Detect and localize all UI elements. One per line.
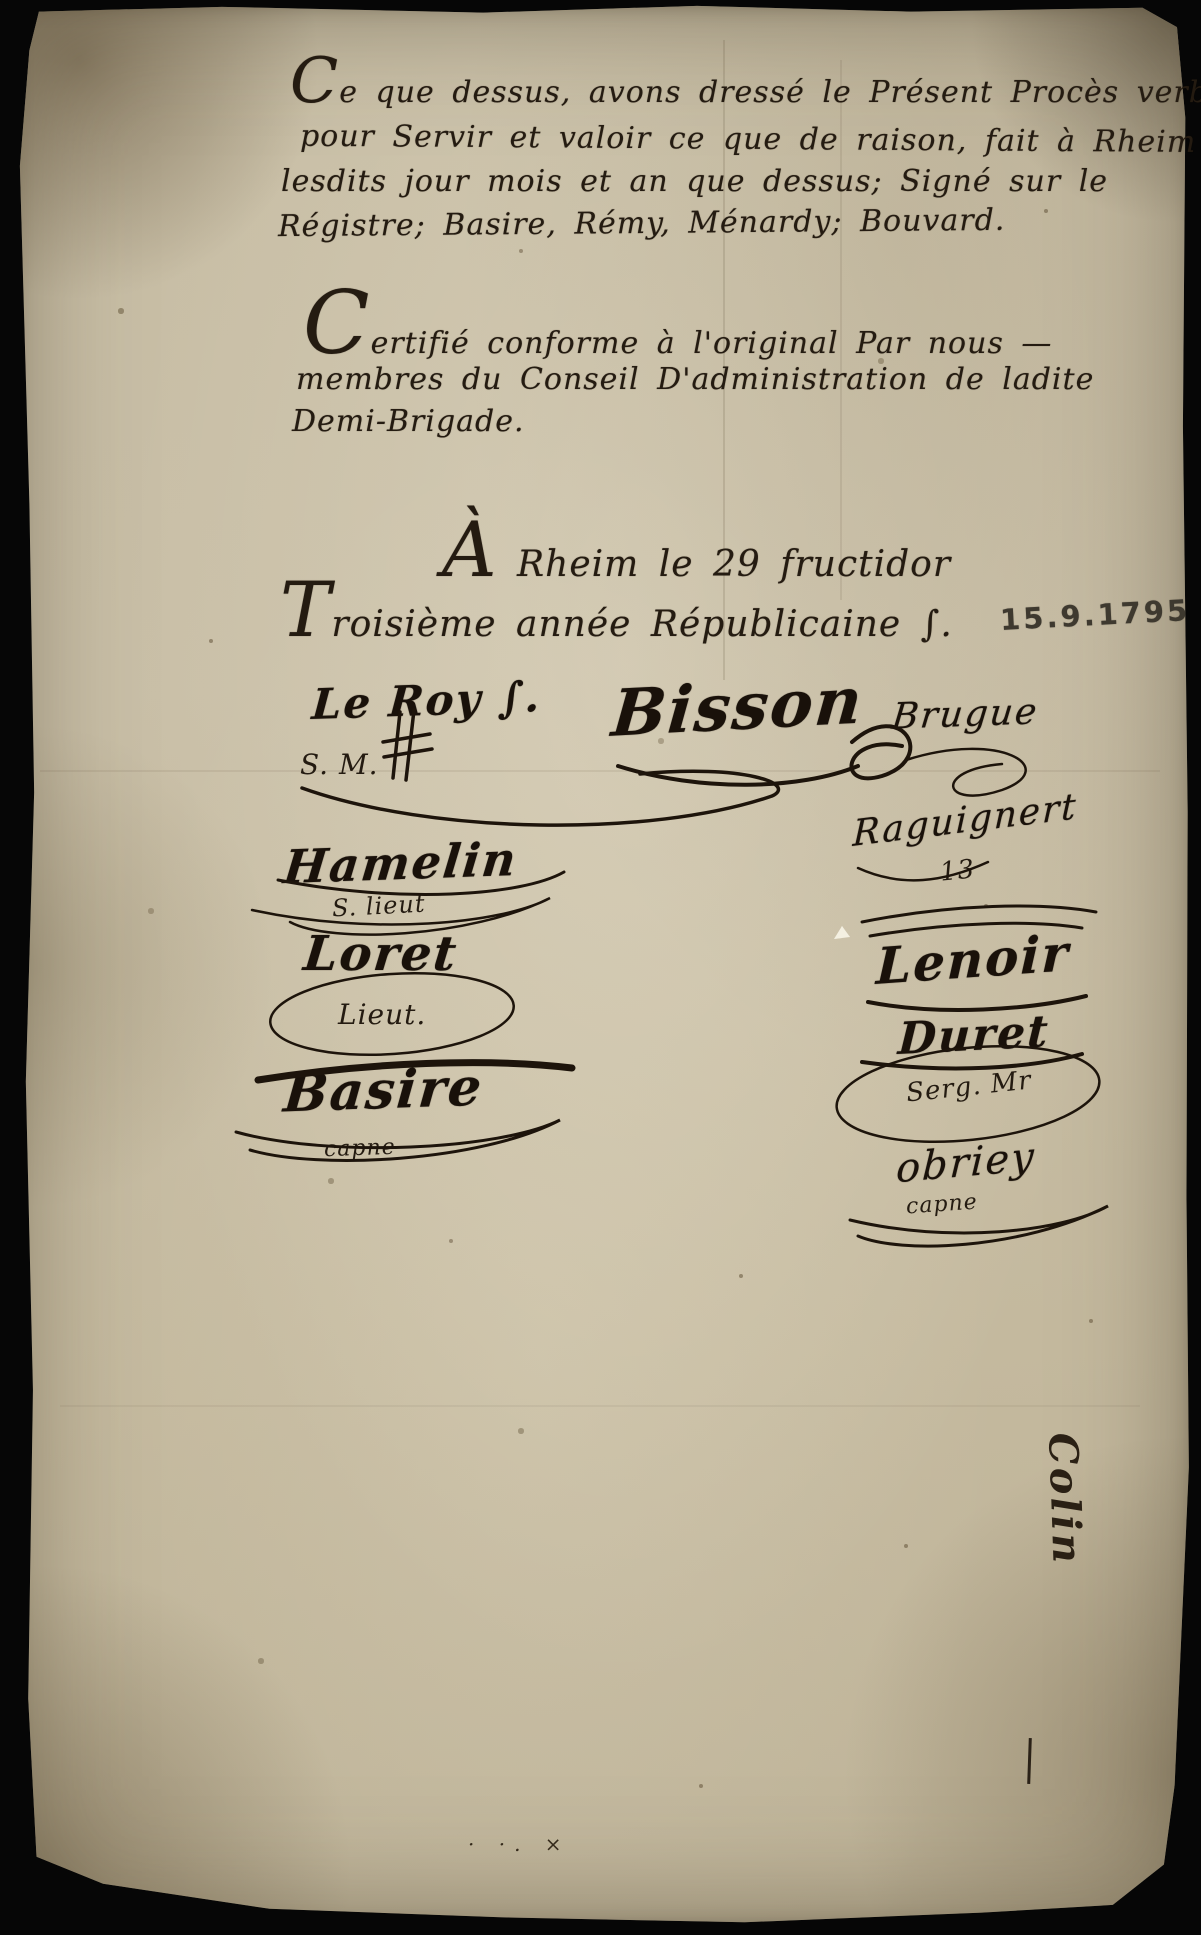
paragraph1-line4: Régistre; Basire, Rémy, Ménardy; Bouvard… xyxy=(278,203,1006,244)
signature-basire: Basire xyxy=(281,1056,485,1124)
paper-crease-horizontal xyxy=(60,1405,1140,1407)
signature-leroy: Le Roy ∫. xyxy=(310,672,543,729)
paragraph2-line2: membres du Conseil D'administration de l… xyxy=(296,362,1094,397)
dateline-place: À Rheim le 29 fructidor xyxy=(442,528,951,585)
paragraph2-line3: Demi-Brigade. xyxy=(292,404,525,439)
signature-hamelin-rank: S. lieut xyxy=(331,890,426,923)
dateline-year: Troisième année Républicaine ∫. xyxy=(280,588,953,645)
paper-specks xyxy=(0,0,2,2)
bottom-ink-dots: · ·. × xyxy=(468,1832,571,1856)
signature-loret-rank: Lieut. xyxy=(338,998,426,1031)
signature-loret: Loret xyxy=(301,926,461,982)
paragraph1-line3: lesdits jour mois et an que dessus; Sign… xyxy=(281,164,1108,199)
signature-basire-rank: capne xyxy=(324,1135,397,1162)
paragraph1-line2: pour Servir et valoir ce que de raison, … xyxy=(300,119,1201,161)
signature-leroy-rank: S. M. xyxy=(300,748,379,781)
margin-vertical-name: Colin xyxy=(1039,1432,1091,1567)
signature-duret: Duret xyxy=(897,1006,1051,1065)
signature-hamelin: Hamelin xyxy=(281,832,520,894)
paragraph1-line1: Ce que dessus, avons dressé le Présent P… xyxy=(290,62,1201,110)
signature-bisson: Bisson xyxy=(609,663,867,752)
paper-crease-horizontal xyxy=(40,770,1160,772)
signature-obriey-rank: capne xyxy=(905,1190,978,1220)
signature-raguignert-mark: 13 xyxy=(939,854,977,888)
scanned-document-page: Ce que dessus, avons dressé le Présent P… xyxy=(0,0,1201,1935)
signature-brugue: Brugue xyxy=(890,691,1041,737)
paragraph2-line1: Certifié conforme à l'original Par nous … xyxy=(303,302,1052,361)
